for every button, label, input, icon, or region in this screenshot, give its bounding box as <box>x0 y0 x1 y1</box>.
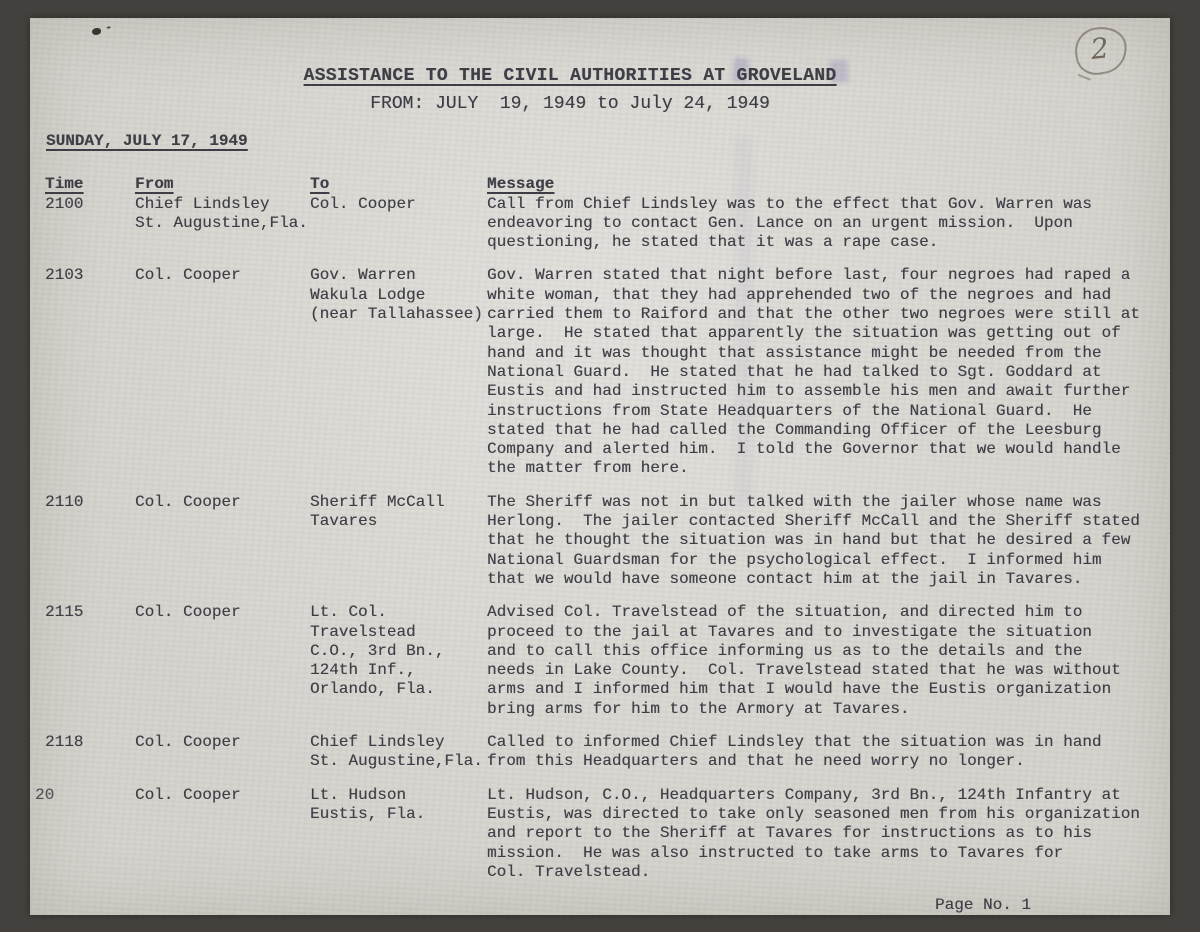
from-cell: Col. Cooper <box>135 493 310 589</box>
from-cell: Chief Lindsley St. Augustine,Fla. <box>135 195 310 253</box>
message-cell: Lt. Hudson, C.O., Headquarters Company, … <box>487 786 1170 882</box>
column-header-to: To <box>310 175 487 194</box>
column-header-from: From <box>135 175 310 194</box>
from-cell: Col. Cooper <box>135 733 310 772</box>
table-row: 20 Col. Cooper Lt. Hudson Eustis, Fla. L… <box>45 786 1170 882</box>
to-cell: Gov. Warren Wakula Lodge (near Tallahass… <box>310 266 487 478</box>
date-heading: SUNDAY, JULY 17, 1949 <box>46 132 1170 151</box>
table-row: 2115 Col. Cooper Lt. Col. Travelstead C.… <box>45 603 1170 719</box>
time-cell: 2103 <box>45 266 135 478</box>
from-cell: Col. Cooper <box>135 266 310 478</box>
table-header-row: Time From To Message <box>45 175 1170 194</box>
page-number: Page No. 1 <box>935 896 1170 915</box>
from-cell: Col. Cooper <box>135 786 310 882</box>
message-cell: Gov. Warren stated that night before las… <box>487 266 1170 478</box>
message-cell: Call from Chief Lindsley was to the effe… <box>487 195 1170 253</box>
table-row: 2103 Col. Cooper Gov. Warren Wakula Lodg… <box>45 266 1170 478</box>
document-subtitle: FROM: JULY 19, 1949 to July 24, 1949 <box>30 90 1110 118</box>
message-cell: The Sheriff was not in but talked with t… <box>487 493 1170 589</box>
table-row: 2118 Col. Cooper Chief Lindsley St. Augu… <box>45 733 1170 772</box>
to-cell: Sheriff McCall Tavares <box>310 493 487 589</box>
to-cell: Chief Lindsley St. Augustine,Fla. <box>310 733 487 772</box>
message-log-table: Time From To Message 2100 Chief Lindsley… <box>30 175 1170 882</box>
message-cell: Advised Col. Travelstead of the situatio… <box>487 603 1170 719</box>
table-row: 2100 Chief Lindsley St. Augustine,Fla. C… <box>45 195 1170 253</box>
time-cell: 2115 <box>45 603 135 719</box>
time-cell: 2118 <box>45 733 135 772</box>
handwritten-page-number: 2 <box>1089 31 1110 66</box>
time-cell: 2100 <box>45 195 135 253</box>
from-cell: Col. Cooper <box>135 603 310 719</box>
column-header-time: Time <box>45 175 135 194</box>
to-cell: Lt. Col. Travelstead C.O., 3rd Bn., 124t… <box>310 603 487 719</box>
column-header-message: Message <box>487 175 1170 194</box>
time-cell: 2110 <box>45 493 135 589</box>
scanned-document-page: 2 ASSISTANCE TO THE CIVIL AUTHORITIES AT… <box>30 18 1170 915</box>
message-cell: Called to informed Chief Lindsley that t… <box>487 733 1170 772</box>
table-row: 2110 Col. Cooper Sheriff McCall Tavares … <box>45 493 1170 589</box>
time-cell: 20 <box>35 786 135 882</box>
ink-speck <box>92 28 101 35</box>
to-cell: Col. Cooper <box>310 195 487 253</box>
to-cell: Lt. Hudson Eustis, Fla. <box>310 786 487 882</box>
document-title: ASSISTANCE TO THE CIVIL AUTHORITIES AT G… <box>30 62 1110 90</box>
